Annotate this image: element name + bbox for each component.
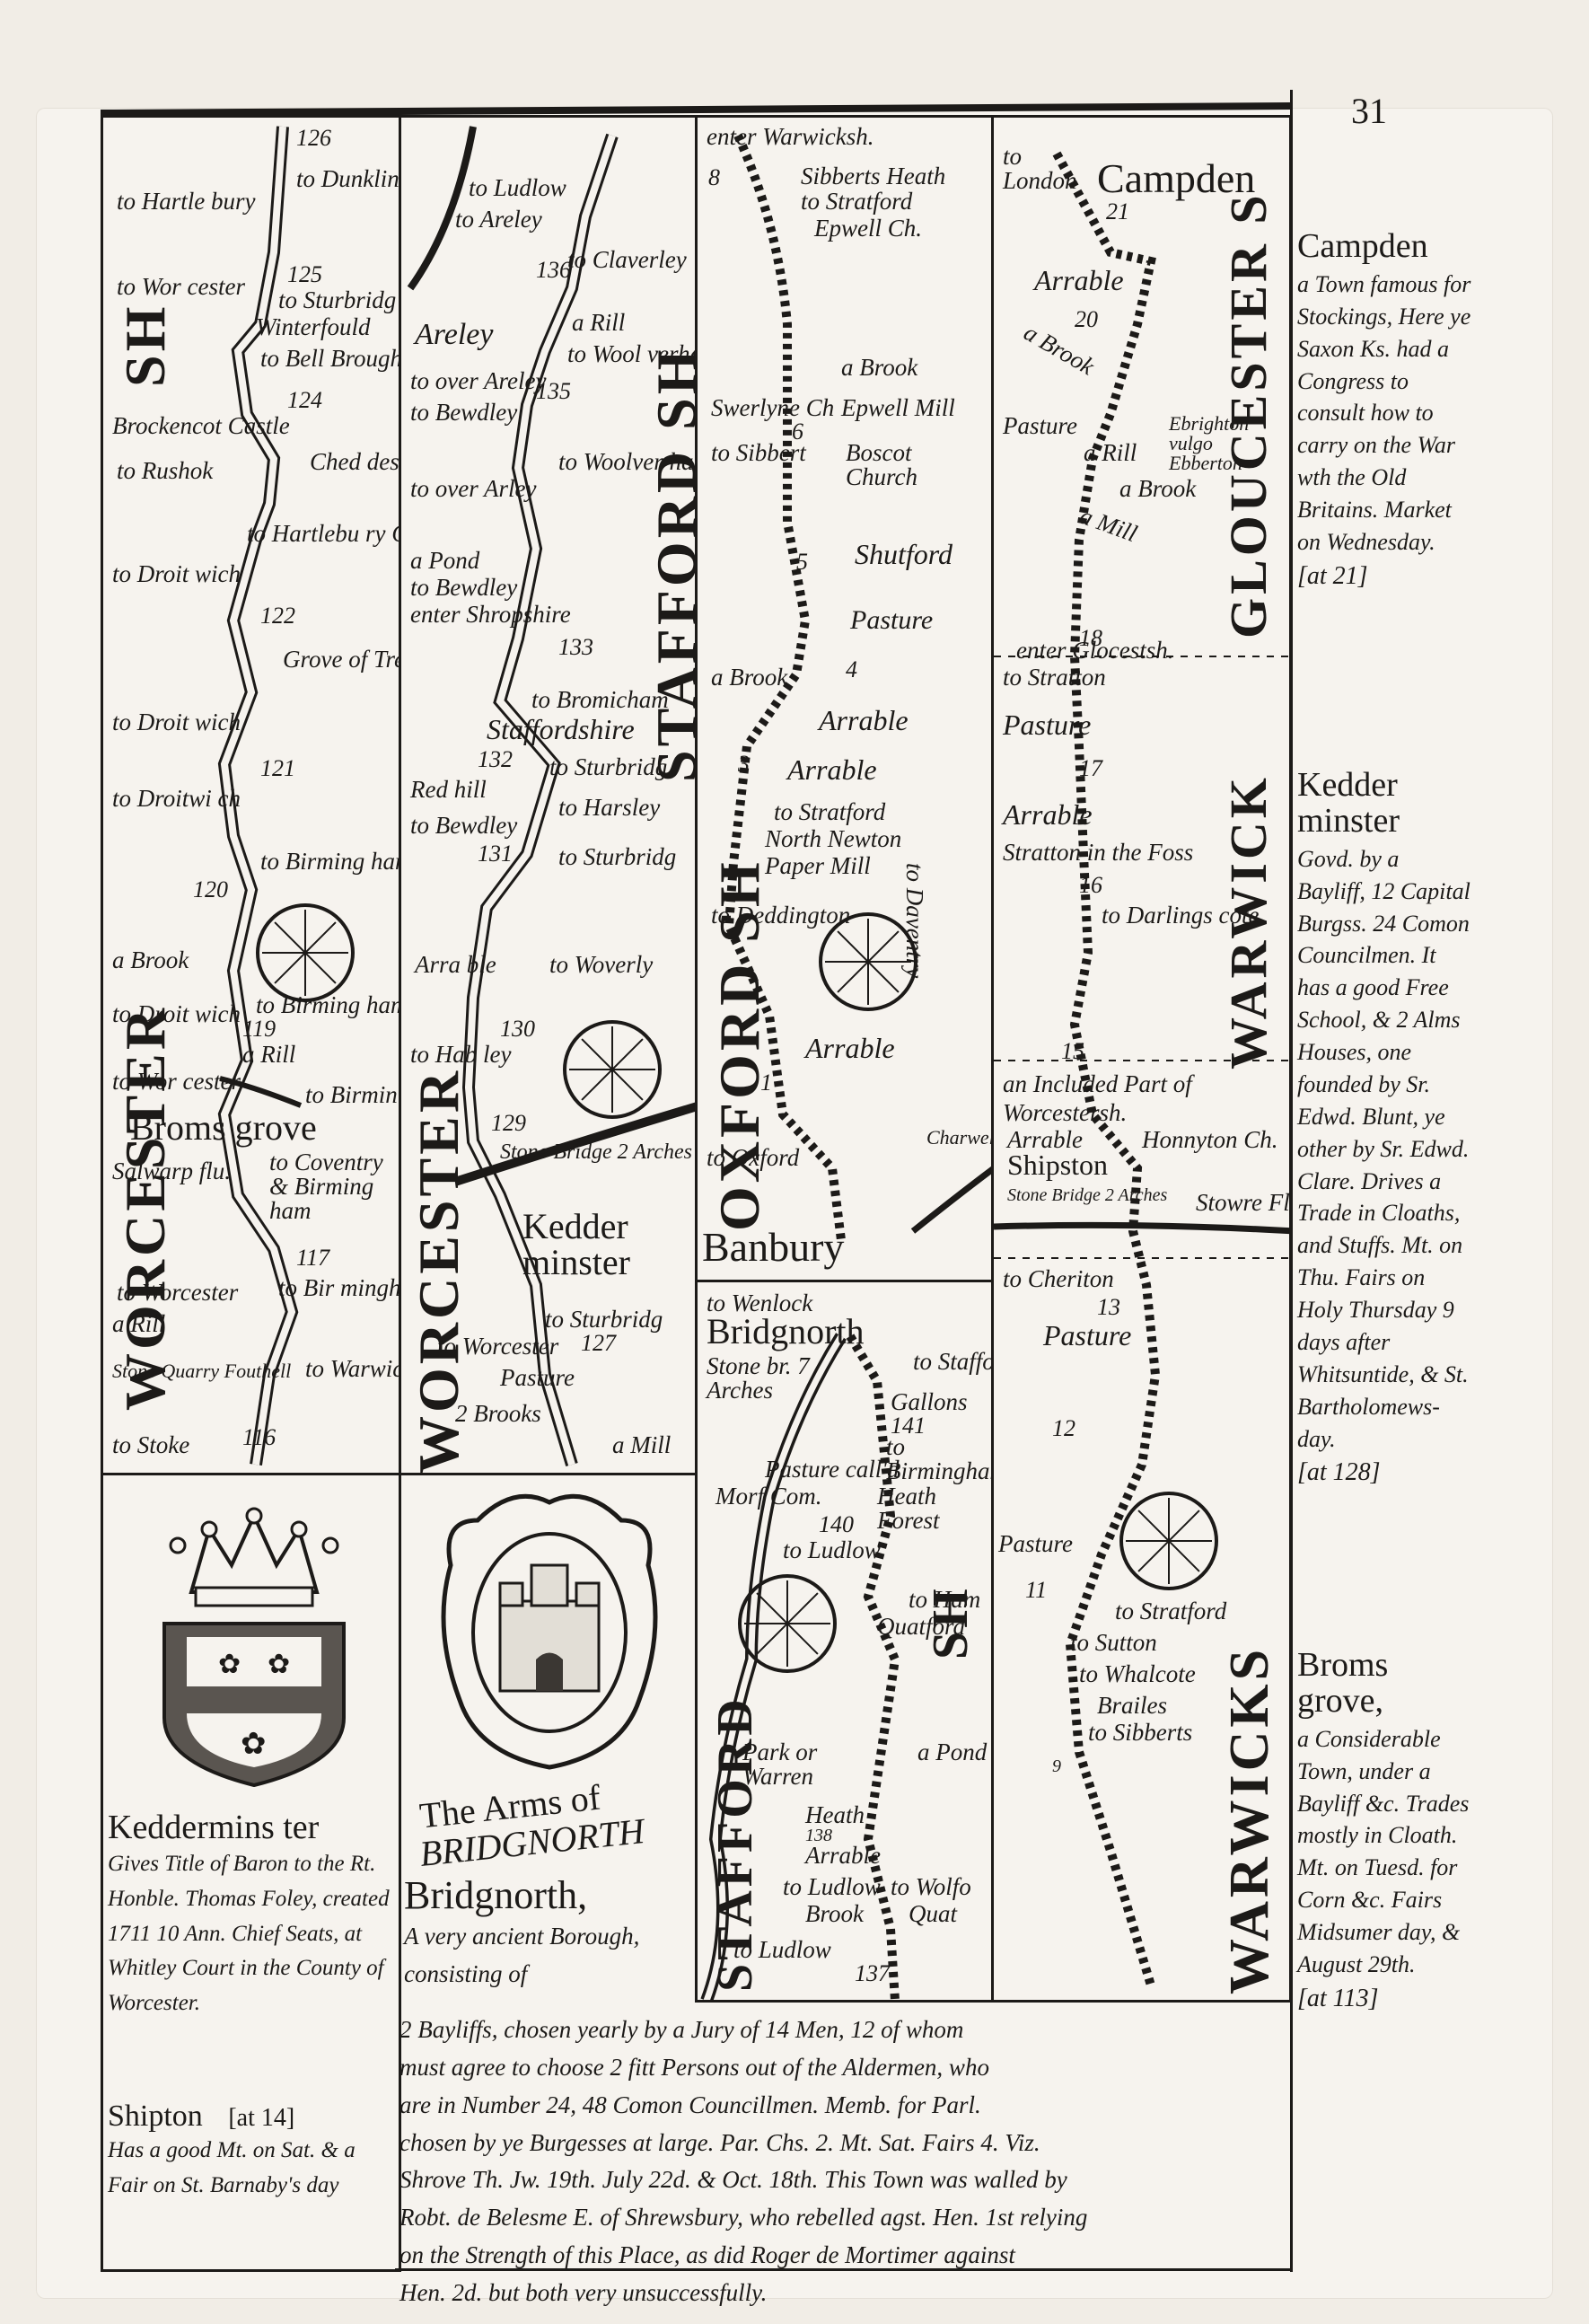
sidebar-title: Broms grove, <box>1297 1648 1472 1720</box>
place-label: to Cheriton <box>1003 1267 1114 1291</box>
place-label: Arrable <box>787 755 877 784</box>
place-label: to Worcester <box>117 1281 238 1305</box>
place-label: Honnyton Ch. <box>1142 1128 1278 1152</box>
place-label: Arrable <box>805 1844 881 1868</box>
sidebar-title: Campden <box>1297 229 1472 265</box>
place-label: Stone br. 7 Arches <box>707 1354 841 1403</box>
place-label: enter Warwicksh. <box>707 125 874 149</box>
sidebar-kidderminster: Kedder minster Govd. by a Bayliff, 12 Ca… <box>1297 768 1472 1487</box>
svg-text:✿: ✿ <box>241 1728 267 1761</box>
map-strip-3b: to Wenlock Bridgnorth to Stafford Stone … <box>695 1280 994 2003</box>
place-label: to Harsley <box>558 796 660 820</box>
county-label-stafford: STAFFORD SH <box>644 346 698 782</box>
compass-rose-icon <box>256 903 355 1002</box>
place-label: a Brook <box>112 948 189 973</box>
place-label: to Sutton <box>1070 1631 1157 1655</box>
bottom-border-line <box>395 2268 1290 2271</box>
place-label: Brockencot Castle <box>112 414 290 438</box>
bridgnorth-intro: A very ancient Borough, consisting of <box>404 1918 691 1994</box>
place-label: to Stafford <box>913 1350 994 1374</box>
mile-marker: 8 <box>708 164 720 191</box>
place-label: Red hill <box>410 778 487 802</box>
place-label: Pasture <box>1003 414 1077 438</box>
place-label: Pasture <box>500 1366 575 1390</box>
place-label: to Birming ham <box>260 849 401 874</box>
mile-marker: 20 <box>1075 306 1098 333</box>
place-label: to Deddington <box>711 903 850 928</box>
sidebar-text: a Considerable Town, under a Bayliff &c.… <box>1297 1723 1472 1981</box>
place-label: Stone Bridge 2 Arches <box>1007 1186 1167 1204</box>
shipton-text: Has a good Mt. on Sat. & a Fair on St. B… <box>108 2134 399 2204</box>
place-label: Arra ble <box>415 953 496 977</box>
sidebar-at: [at 21] <box>1297 562 1472 591</box>
place-label: Brailes <box>1097 1694 1167 1718</box>
place-label: to Woverly <box>549 953 653 977</box>
place-label: a Rill <box>572 311 625 335</box>
place-label: Pasture <box>1003 710 1091 739</box>
place-label: a Pond <box>917 1740 989 1765</box>
place-label: Shutford <box>855 540 953 568</box>
place-label: to Rushok <box>117 459 213 483</box>
place-label: to Droitwi ch <box>112 787 241 811</box>
place-label: to Wolfo <box>891 1875 971 1899</box>
sidebar-at: [at 113] <box>1297 1985 1472 2013</box>
mile-marker: 122 <box>260 603 295 629</box>
town-label-bridgnorth: Bridgnorth <box>707 1314 865 1350</box>
place-label: to Droit wich <box>112 710 241 735</box>
place-label: to Sturbridg <box>549 755 667 779</box>
place-label: Boscot Church <box>846 441 971 489</box>
place-label: a Rill <box>112 1312 165 1336</box>
mile-marker: 5 <box>796 549 808 576</box>
place-label: Epwell Mill <box>841 396 955 420</box>
place-label: Sibberts Heath <box>801 164 945 189</box>
place-label: Pasture <box>998 1532 1073 1556</box>
place-label: to Birmingham <box>886 1435 994 1483</box>
place-label: Heath Forest <box>877 1484 994 1533</box>
history-line: Shrove Th. Jw. 19th. July 22d. & Oct. 18… <box>399 2161 1288 2199</box>
place-label: a Rill <box>242 1043 295 1067</box>
bridgnorth-title: Bridgnorth, <box>404 1872 691 1918</box>
place-label: Arrable <box>805 1034 895 1062</box>
place-label: to Ludlow <box>783 1875 881 1899</box>
kidderminster-note: Keddermins ter Gives Title of Baron to t… <box>108 1808 399 2021</box>
place-label: a Pond <box>410 549 479 573</box>
castle-arms-icon <box>424 1484 675 1781</box>
mile-marker: 4 <box>846 656 857 683</box>
place-label: Pasture call'd <box>765 1457 900 1482</box>
sidebar-title: Kedder minster <box>1297 768 1472 840</box>
place-label: to Stratton <box>1003 665 1106 690</box>
place-label: to Sturbridg <box>558 845 676 869</box>
place-label: to over Arley <box>410 477 536 501</box>
mile-marker: 11 <box>1025 1577 1047 1604</box>
place-label: a Rill <box>1084 441 1137 465</box>
mile-marker: 133 <box>558 634 593 661</box>
kidderminster-text: Gives Title of Baron to the Rt. Honble. … <box>108 1847 399 2021</box>
history-line: Robt. de Belesme E. of Shrewsbury, who r… <box>399 2199 1288 2237</box>
mile-marker: 1 <box>760 1070 772 1096</box>
place-label: to Sibberts <box>1088 1721 1192 1745</box>
place-label: Arrable <box>1034 266 1124 295</box>
mile-marker: 131 <box>478 841 513 867</box>
place-label: to over Areley <box>410 369 546 393</box>
place-label: to Bromicham <box>531 688 669 712</box>
place-label: Ebrighton vulgo Ebberton <box>1169 414 1268 473</box>
place-label: to Droit wich <box>112 562 241 586</box>
mile-marker: 117 <box>296 1245 329 1272</box>
map-strip-4: GLOUCESTER S WARWICK WARWICKS to London … <box>991 115 1292 2003</box>
county-label-sh: SH <box>112 304 179 387</box>
place-label: to Bir mingh am <box>278 1276 401 1300</box>
place-label: to Claverley <box>567 248 687 272</box>
place-label: to Bell Brough ton <box>260 347 401 371</box>
county-label-worcester: WORCESTER <box>112 1005 179 1411</box>
map-strip-1: WORCESTER SH 126 to Dunklin Stone to Har… <box>101 115 401 1475</box>
place-label: Heath <box>805 1803 865 1827</box>
compass-rose-icon <box>563 1020 662 1119</box>
mile-marker: 13 <box>1097 1294 1120 1321</box>
place-label: to Worcester <box>437 1334 558 1359</box>
place-label: Staffordshire <box>487 715 635 744</box>
place-label: Stowre Flu. <box>1196 1191 1292 1215</box>
mile-marker: 12 <box>1052 1415 1075 1442</box>
place-label: to Ludlow <box>783 1538 881 1563</box>
place-label: to Wor cester <box>117 275 245 299</box>
place-label: to Daventry <box>902 863 926 978</box>
place-label: to Ludlow <box>469 176 566 200</box>
place-label: to Whalcote <box>1079 1662 1196 1686</box>
history-line: are in Number 24, 48 Comon Councillmen. … <box>399 2087 1288 2125</box>
town-label-campden: Campden <box>1097 158 1255 199</box>
place-label: Brook <box>805 1902 864 1926</box>
place-label: to Stoke <box>112 1433 189 1457</box>
bridgnorth-history: 2 Bayliffs, chosen yearly by a Jury of 1… <box>399 2011 1288 2312</box>
mile-marker: 130 <box>500 1016 535 1043</box>
kidderminster-title: Keddermins ter <box>108 1808 399 1847</box>
place-label: to Birmin gham <box>305 1083 401 1107</box>
place-label: to Stratford <box>774 800 885 824</box>
mile-marker: 121 <box>260 755 295 782</box>
mile-marker: 16 <box>1079 872 1102 899</box>
place-label: Quatford <box>877 1615 965 1639</box>
mile-marker: 126 <box>296 125 331 152</box>
mile-marker: 132 <box>478 746 513 773</box>
mile-marker: 116 <box>242 1424 276 1451</box>
place-label: Gallons <box>891 1390 968 1414</box>
place-label: to Stratford <box>801 189 912 214</box>
town-label-shipston: Shipston <box>1007 1150 1108 1179</box>
place-label: a Brook <box>841 356 917 380</box>
place-label: to Coventry & Birming ham <box>269 1150 401 1223</box>
place-label: to Sibbert <box>711 441 806 465</box>
sidebar-text: a Town famous for Stockings, Here ye Sax… <box>1297 268 1472 559</box>
place-label: a Brook <box>711 665 787 690</box>
place-label: to Sturbridg <box>278 288 396 313</box>
sidebar-bromsgrove: Broms grove, a Considerable Town, under … <box>1297 1648 1472 2013</box>
place-label: Areley <box>415 320 493 350</box>
place-label: to Wool verham pton <box>567 342 698 366</box>
svg-text:✿: ✿ <box>268 1650 290 1679</box>
place-label: to London <box>1003 145 1057 193</box>
mile-marker: 124 <box>287 387 322 414</box>
place-label: Quat <box>909 1902 957 1926</box>
crowned-shield-icon: ✿ ✿ ✿ <box>128 1493 380 1790</box>
mile-marker: 15 <box>1061 1038 1084 1065</box>
mile-marker: 125 <box>287 261 322 288</box>
place-label: Grove of Trees <box>283 647 401 672</box>
place-label: enter Shropshire <box>410 603 571 627</box>
place-label: Park or Warren <box>742 1740 859 1789</box>
place-label: Stratton in the Foss <box>1003 841 1193 865</box>
mile-marker: 120 <box>193 876 228 903</box>
place-label: to Droit wich <box>112 1002 241 1026</box>
place-label: Pasture <box>850 607 933 634</box>
map-strip-2: WORCESTER STAFFORD SH to Ludlow to Arele… <box>399 115 698 1475</box>
map-strip-3a: OXFORD SH enter Warwicksh. 8 Sibberts He… <box>695 115 994 1282</box>
place-label: 2 Brooks <box>455 1402 541 1426</box>
town-label-bromsgrove: Broms grove <box>130 1110 317 1146</box>
place-label: to Hartlebu ry Castle <box>247 522 401 546</box>
place-label: Epwell Ch. <box>814 216 922 241</box>
mile-marker: 135 <box>536 378 571 405</box>
compass-rose-icon <box>1119 1492 1218 1590</box>
place-label: North Newton <box>765 827 901 851</box>
bridgnorth-note: Bridgnorth, A very ancient Borough, cons… <box>404 1872 691 1994</box>
place-label: Ched desley <box>310 450 401 474</box>
place-label: Morf Com. <box>715 1484 822 1509</box>
mile-marker: 21 <box>1106 198 1129 225</box>
mile-marker: 127 <box>581 1330 616 1357</box>
mile-marker: 9 <box>1052 1756 1061 1777</box>
kidderminster-arms-panel: ✿ ✿ ✿ Keddermins ter Gives Title of Baro… <box>101 1473 401 2272</box>
sidebar-campden: Campden a Town famous for Stockings, Her… <box>1297 229 1472 591</box>
right-border-line <box>1290 90 1293 2272</box>
place-label: an Included Part of Worcestersh. <box>1003 1070 1290 1128</box>
mile-marker: 119 <box>242 1016 276 1043</box>
mile-marker: 137 <box>855 1960 890 1987</box>
mile-marker: 3 <box>738 751 750 778</box>
place-label: to Bewdley <box>410 401 517 425</box>
shipton-at: [at 14] <box>228 2104 294 2132</box>
place-label: Stone Quarry Fouthell <box>112 1361 291 1381</box>
place-label: Salwarp flu. <box>112 1159 231 1184</box>
place-label: to Ham <box>909 1588 980 1612</box>
place-label: to Stratford <box>1115 1599 1226 1624</box>
shipton-heading: Shipton [at 14] <box>108 2100 399 2134</box>
place-label: to Sturbridg <box>545 1307 663 1332</box>
place-label: Paper Mill <box>765 854 871 878</box>
bridgnorth-arms-panel: The Arms of BRIDGNORTH <box>399 1473 698 1868</box>
svg-text:✿: ✿ <box>218 1650 241 1679</box>
shipton-title: Shipton <box>108 2100 203 2133</box>
place-label: Swerlyne Ch <box>711 396 834 420</box>
history-line: 2 Bayliffs, chosen yearly by a Jury of 1… <box>399 2011 1288 2049</box>
place-label: Winterfould <box>256 315 371 339</box>
place-label: to Hartle bury <box>117 189 256 214</box>
sidebar-at: [at 128] <box>1297 1458 1472 1487</box>
place-label: a Mill <box>612 1433 671 1457</box>
history-line: chosen by ye Burgesses at large. Par. Ch… <box>399 2125 1288 2162</box>
mile-marker: 17 <box>1079 755 1102 782</box>
place-label: to Hab ley <box>410 1043 511 1067</box>
place-label: to Wor cester <box>112 1070 241 1094</box>
place-label: to Darlings cote <box>1102 903 1260 928</box>
compass-rose-icon <box>738 1574 837 1673</box>
sidebar-text: Govd. by a Bayliff, 12 Capital Burgss. 2… <box>1297 843 1472 1456</box>
mile-marker: 136 <box>536 257 571 284</box>
place-label: Charwell Flu. <box>926 1128 994 1148</box>
place-label: Arrable <box>819 706 909 735</box>
history-line: Hen. 2d. but both very unsuccessfully. <box>399 2275 1288 2312</box>
place-label: to Bewdley <box>410 576 517 600</box>
place-label: to Warwick <box>305 1357 401 1381</box>
shipton-note: Shipton [at 14] Has a good Mt. on Sat. &… <box>108 2100 399 2204</box>
history-line: must agree to choose 2 fitt Persons out … <box>399 2049 1288 2087</box>
place-label: to Areley <box>455 207 542 232</box>
place-label: to Dunklin Stone <box>296 167 401 191</box>
mile-marker: 140 <box>819 1511 854 1538</box>
place-label: a Brook <box>1119 477 1196 501</box>
page-number: 31 <box>1351 90 1387 132</box>
mile-marker: 129 <box>491 1110 526 1137</box>
county-label-warwicks: WARWICKS <box>1218 1646 1282 1994</box>
place-label: to Woolver hampton <box>558 450 698 474</box>
place-label: Arrable <box>1003 800 1093 829</box>
place-label: Pasture <box>1043 1321 1131 1350</box>
town-label-banbury: Banbury <box>702 1227 844 1268</box>
place-label: to Birming ham <box>256 993 401 1017</box>
place-label: Stone Bridge 2 Arches <box>500 1141 692 1163</box>
place-label: to Bewdley <box>410 814 517 838</box>
place-label: enter Glocestsh. <box>1016 638 1173 663</box>
place-label: to Ludlow <box>733 1938 831 1962</box>
place-label: to Oxford <box>707 1146 799 1170</box>
town-label-kidderminster: Kedder minster <box>522 1209 693 1281</box>
